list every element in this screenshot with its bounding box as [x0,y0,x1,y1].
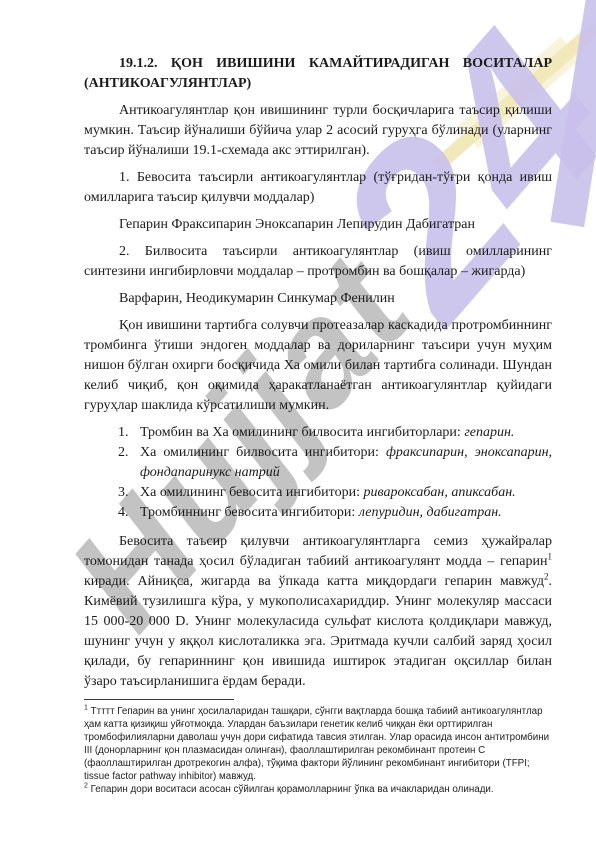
paragraph-cascade: Қон ивишини тартибга солувчи протеазалар… [84,316,552,416]
heparin-text-1: Бевосита таъсир қилувчи антикоагулянтлар… [84,534,552,569]
document-content: 19.1.2. ҚОН ИВИШИНИ КАМАЙТИРАДИГАН ВОСИТ… [0,0,596,692]
footnote-1-text: Ттттт Гепарин ва унинг ҳосилаларидан таш… [84,706,549,782]
drug-line-indirect: Варфарин, Неодикумарин Синкумар Фенилин [84,289,552,309]
list-item-number: 2. [118,443,129,463]
paragraph-group1: 1. Бевосита таъсирли антикоагулянтлар (т… [84,168,552,208]
footnote-2: 2 Гепарин дори воситаси асосан сўйилган … [84,783,552,796]
list-item-drugs: гепарин. [464,425,514,440]
footnote-separator [84,699,234,700]
paragraph-heparin: Бевосита таъсир қилувчи антикоагулянтлар… [84,532,552,692]
heparin-text-2: киради. Айниқса, жигарда ва ўпкада катта… [84,574,544,589]
heparin-text-3: . Кимёвий тузилишга кўра, у мукополисаха… [84,574,552,689]
section-heading: 19.1.2. ҚОН ИВИШИНИ КАМАЙТИРАДИГАН ВОСИТ… [84,54,552,94]
list-item-drugs: лепуридин, дабигатран. [359,505,502,520]
document-page: Hujjat24 19.1.2. ҚОН ИВИШИНИ КАМАЙТИРАДИ… [0,0,596,842]
list-item-label: Тромбиннинг бевосита ингибитори: [140,505,355,520]
list-item-number: 1. [118,423,129,443]
paragraph-intro: Антикоагулянтлар қон ивишининг турли бос… [84,101,552,161]
list-item-label: Ха омилининг бевосита ингибитори: [140,485,360,500]
drug-line-direct: Гепарин Фраксипарин Эноксапарин Лепируди… [84,215,552,235]
list-item-drugs: ривароксабан, апиксабан. [363,485,515,500]
paragraph-group2: 2. Билвосита таъсирли антикоагулянтлар (… [84,242,552,282]
list-item-number: 4. [118,503,129,523]
list-item-number: 3. [118,483,129,503]
footnote-1: 1 Ттттт Гепарин ва унинг ҳосилаларидан т… [84,705,552,783]
footnote-ref-1: 1 [548,551,553,561]
list-item: 4. Тромбиннинг бевосита ингибитори: лепу… [84,503,552,523]
list-item-label: Ха омилининг билвосита ингибитори: [140,445,379,460]
list-item: 3. Ха омилининг бевосита ингибитори: рив… [84,483,552,503]
list-item-label: Тромбин ва Ха омилининг билвосита ингиби… [140,425,461,440]
list-item: 2. Ха омилининг билвосита ингибитори: фр… [84,443,552,483]
inhibitor-list: 1. Тромбин ва Ха омилининг билвосита инг… [84,423,552,523]
list-item: 1. Тромбин ва Ха омилининг билвосита инг… [84,423,552,443]
footnote-2-text: Гепарин дори воситаси асосан сўйилган қо… [88,784,494,795]
footnotes-section: 1 Ттттт Гепарин ва унинг ҳосилаларидан т… [84,699,552,796]
